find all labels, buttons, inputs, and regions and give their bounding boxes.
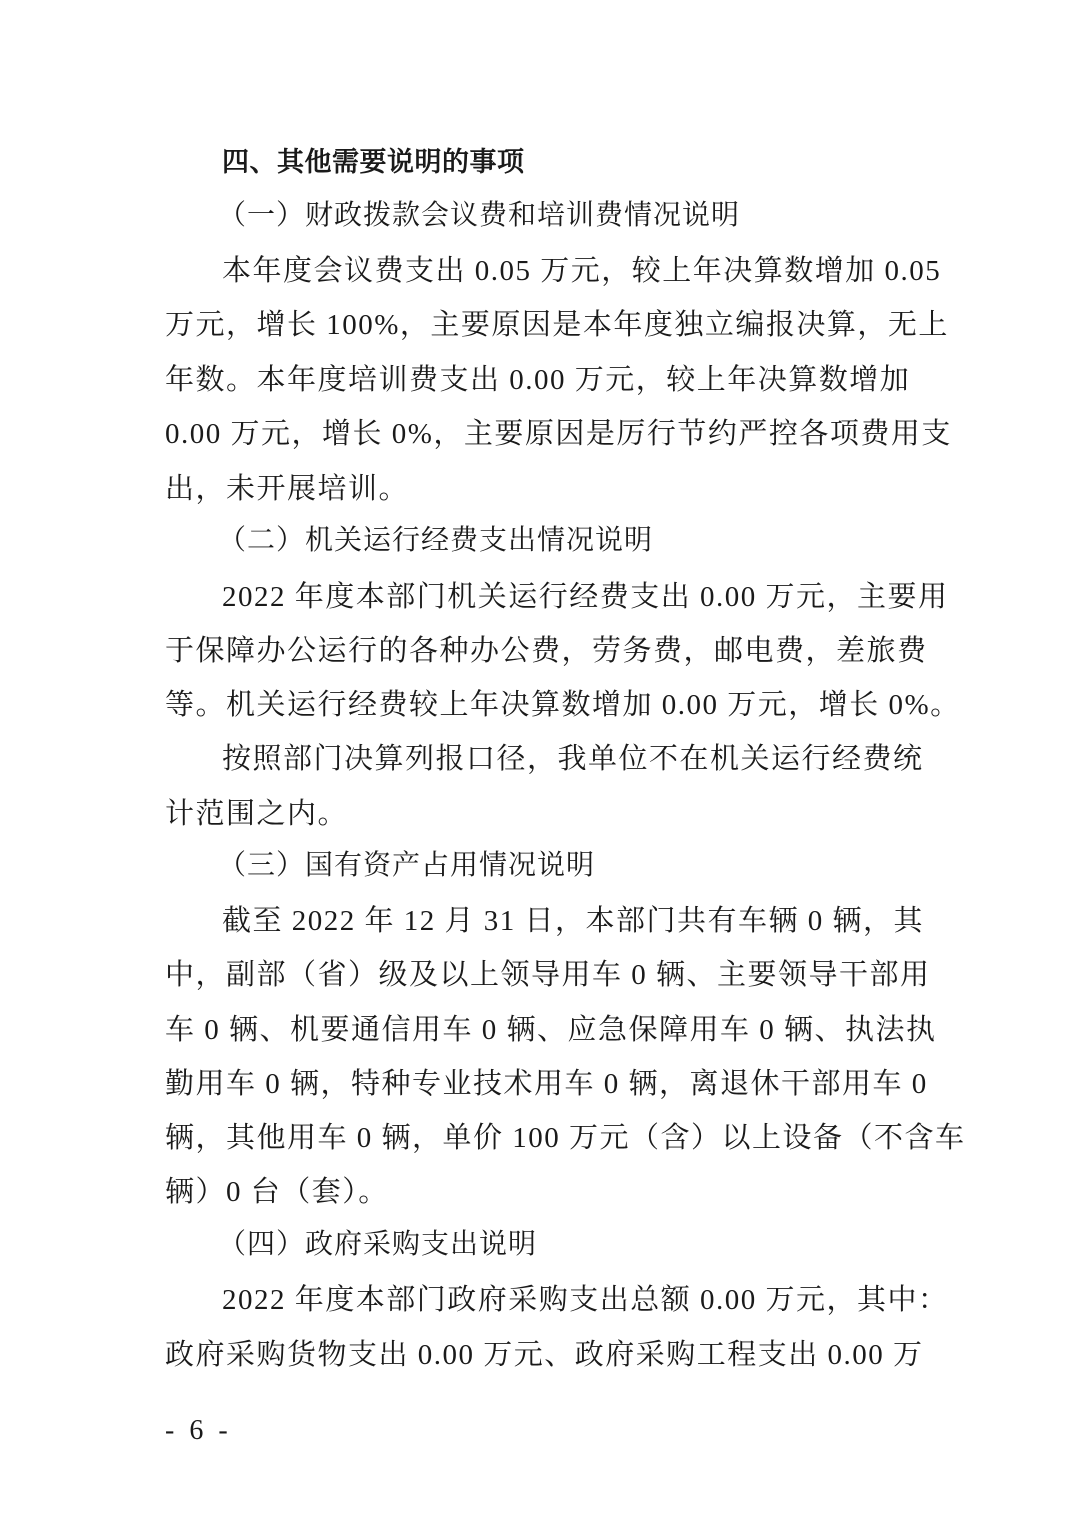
paragraph-line: 辆）0 台（套）。 — [165, 1174, 389, 1210]
paragraph-line: 辆，其他用车 0 辆，单价 100 万元（含）以上设备（不含车 — [165, 1120, 966, 1156]
subsection-heading-meeting-training: （一）财政拨款会议费和培训费情况说明 — [218, 198, 740, 234]
page-number: - 6 - — [165, 1413, 232, 1449]
paragraph-line: 政府采购货物支出 0.00 万元、政府采购工程支出 0.00 万 — [165, 1337, 924, 1373]
paragraph-line: 车 0 辆、机要通信用车 0 辆、应急保障用车 0 辆、执法执 — [165, 1012, 937, 1048]
paragraph-line: 本年度会议费支出 0.05 万元，较上年决算数增加 0.05 — [222, 253, 941, 289]
paragraph-line: 中，副部（省）级及以上领导用车 0 辆、主要领导干部用 — [165, 957, 931, 993]
paragraph-line: 计范围之内。 — [165, 796, 348, 832]
paragraph-line: 2022 年度本部门政府采购支出总额 0.00 万元，其中： — [222, 1282, 949, 1318]
paragraph-line: 出，未开展培训。 — [165, 471, 409, 507]
paragraph-line: 年数。本年度培训费支出 0.00 万元，较上年决算数增加 — [165, 362, 910, 398]
paragraph-line: 按照部门决算列报口径，我单位不在机关运行经费统 — [222, 741, 924, 777]
document-page: 四、其他需要说明的事项 （一）财政拨款会议费和培训费情况说明 本年度会议费支出 … — [0, 0, 1075, 1521]
paragraph-line: 0.00 万元，增长 0%，主要原因是厉行节约严控各项费用支 — [165, 416, 952, 452]
paragraph-line: 勤用车 0 辆，特种专业技术用车 0 辆，离退休干部用车 0 — [165, 1066, 928, 1102]
paragraph-line: 万元，增长 100%，主要原因是本年度独立编报决算，无上 — [165, 307, 949, 343]
paragraph-line: 截至 2022 年 12 月 31 日，本部门共有车辆 0 辆，其 — [222, 903, 924, 939]
subsection-heading-state-assets: （三）国有资产占用情况说明 — [218, 848, 595, 884]
paragraph-line: 2022 年度本部门机关运行经费支出 0.00 万元，主要用 — [222, 579, 949, 615]
subsection-heading-operating-costs: （二）机关运行经费支出情况说明 — [218, 523, 653, 559]
paragraph-line: 于保障办公运行的各种办公费，劳务费，邮电费，差旅费 — [165, 633, 928, 669]
subsection-heading-government-procurement: （四）政府采购支出说明 — [218, 1227, 537, 1263]
section-heading: 四、其他需要说明的事项 — [222, 145, 525, 181]
paragraph-line: 等。机关运行经费较上年决算数增加 0.00 万元，增长 0%。 — [165, 687, 961, 723]
